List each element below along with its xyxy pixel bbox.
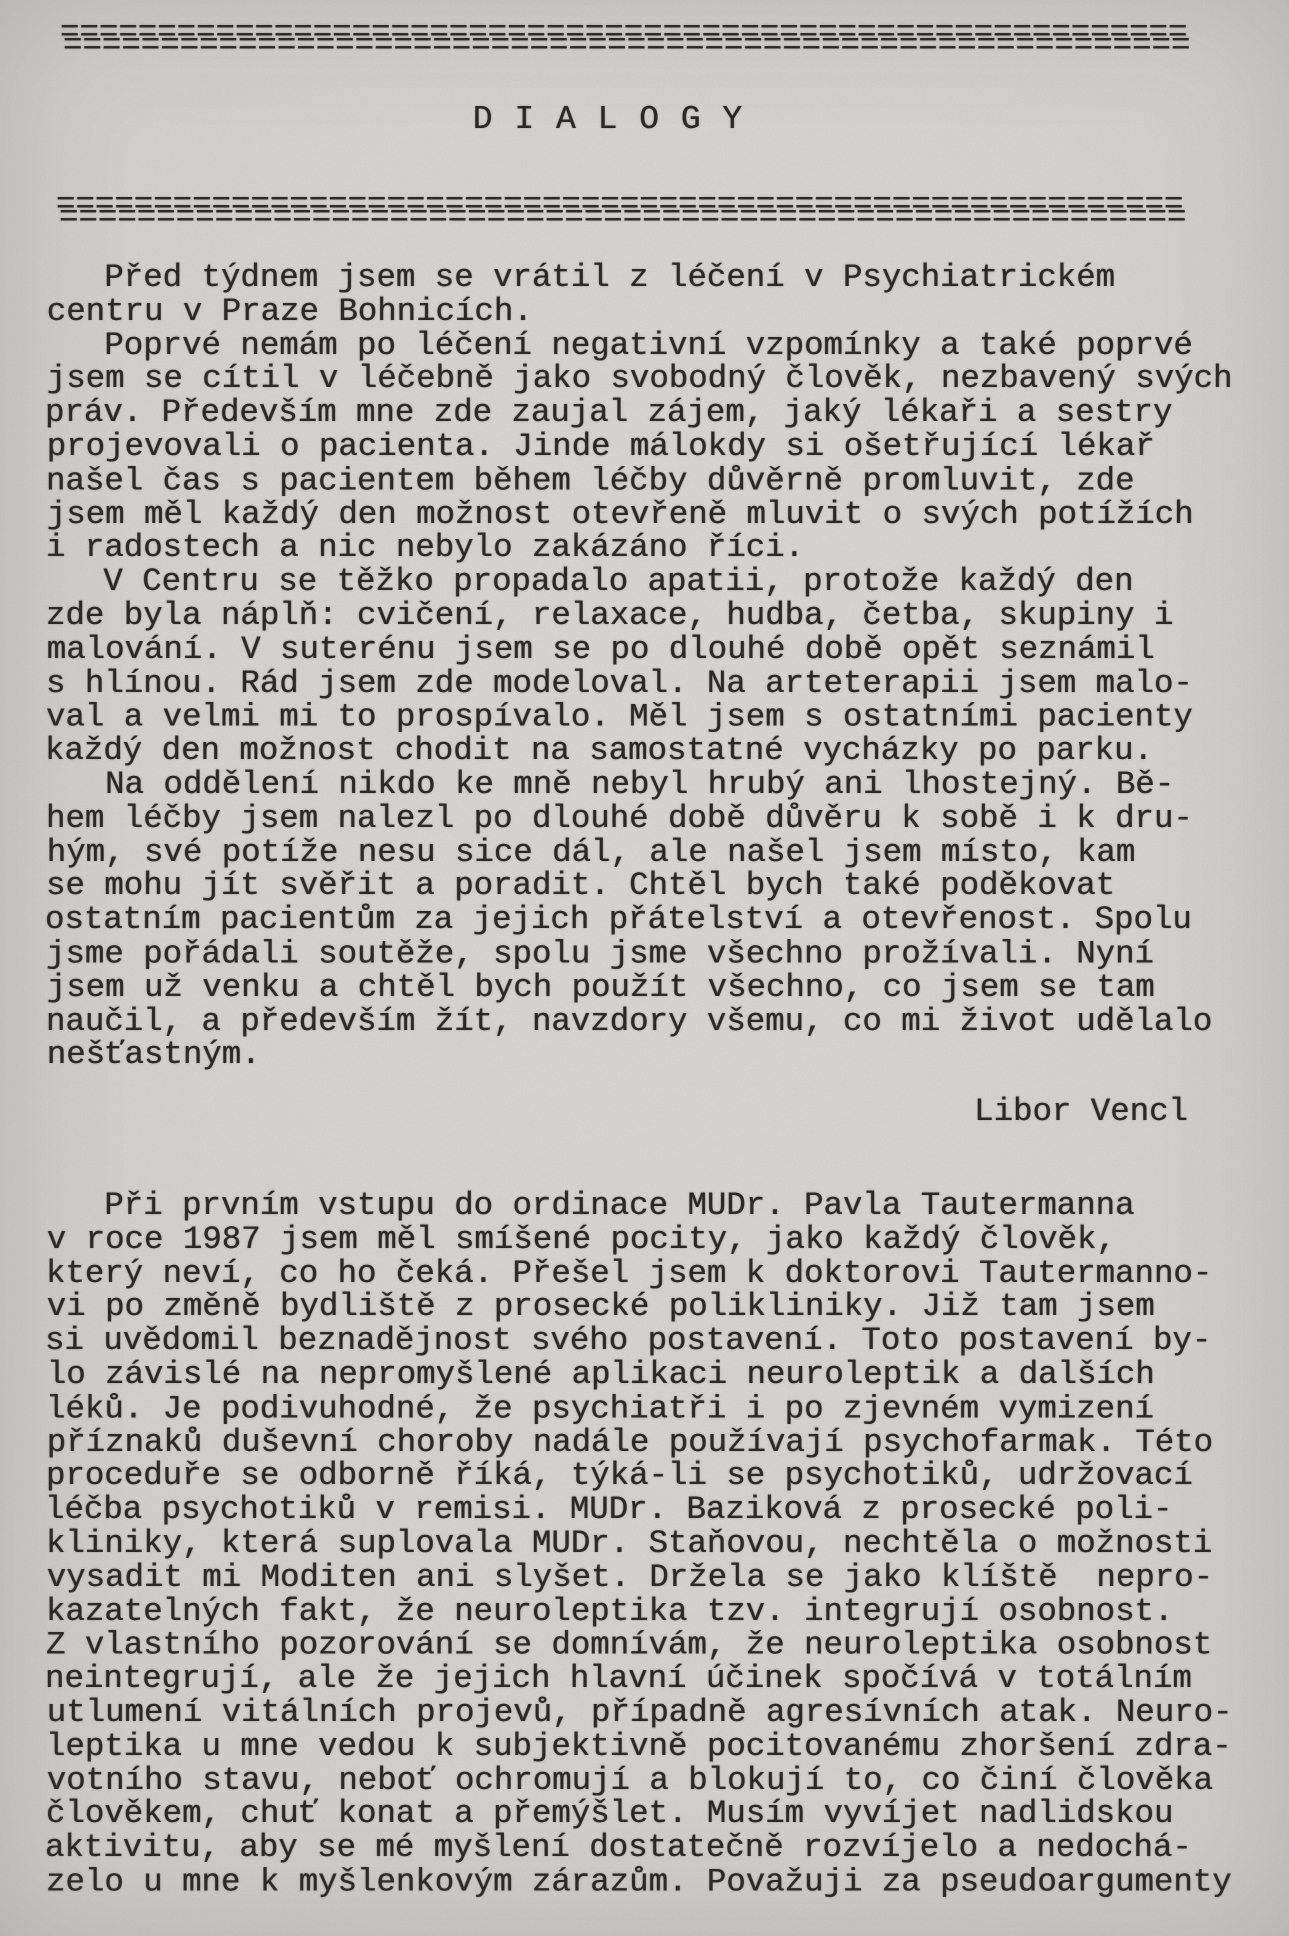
text-line: hým, své potíže nesu sice dál, ale našel… — [47, 836, 1233, 870]
text-line: Při prvním vstupu do ordinace MUDr. Pavl… — [46, 1189, 1232, 1223]
text-line: utlumení vitálních projevů, případně agr… — [47, 1696, 1233, 1730]
text-line: vysadit mi Moditen ani slyšet. Držela se… — [47, 1561, 1233, 1595]
text-line: který neví, co ho čeká. Přešel jsem k do… — [46, 1257, 1232, 1291]
text-line: léků. Je podivuhodné, že psychiatři i po… — [46, 1392, 1232, 1426]
text-line: příznaků duševní choroby nadále používaj… — [47, 1426, 1233, 1460]
text-line: každý den možnost chodit na samostatné v… — [45, 734, 1231, 768]
text-line: hem léčby jsem nalezl po dlouhé době dův… — [46, 802, 1232, 836]
text-line: aktivitu, aby se mé myšlení dostatečně r… — [45, 1831, 1231, 1865]
text-line: malování. V suterénu jsem se po dlouhé d… — [47, 633, 1233, 667]
text-line: jsme pořádali soutěže, spolu jsme všechn… — [46, 938, 1232, 972]
text-line: lo závislé na nepromyšlené aplikaci neur… — [47, 1358, 1233, 1392]
text-line: naučil, a především žít, navzdory všemu,… — [46, 1005, 1232, 1039]
text-line: práv. Především mne zde zaujal zájem, ja… — [45, 396, 1231, 430]
text-line: kliniky, která suplovala MUDr. Staňovou,… — [46, 1527, 1232, 1561]
text-line: jsem měl každý den možnost otevřeně mluv… — [47, 498, 1233, 532]
text-line: vi po změně bydliště z prosecké poliklin… — [47, 1290, 1233, 1324]
letter1-body: Před týdnem jsem se vrátil z léčení v Ps… — [46, 261, 1232, 1072]
text-line: s hlínou. Rád jsem zde modeloval. Na art… — [46, 667, 1232, 701]
text-line: proceduře se odborně říká, týká-li se ps… — [46, 1459, 1232, 1493]
text-line: si uvědomil beznadějnost svého postavení… — [45, 1324, 1231, 1358]
text-line: našel čas s pacientem během léčby důvěrn… — [46, 464, 1232, 498]
text-line: votního stavu, neboť ochromují a blokují… — [47, 1764, 1233, 1798]
text-line: kazatelných fakt, že neuroleptika tzv. i… — [46, 1595, 1232, 1629]
text-line: V Centru se těžko propadalo apatii, prot… — [45, 565, 1231, 599]
letter2-body: Při prvním vstupu do ordinace MUDr. Pavl… — [46, 1189, 1232, 1899]
divider-line: ========================================… — [63, 37, 1190, 55]
text-line: člověkem, chuť konat a přemýšlet. Musím … — [46, 1797, 1232, 1831]
letter1-signature: Libor Vencl — [46, 1095, 1188, 1129]
text-line: Před týdnem jsem se vrátil z léčení v Ps… — [46, 261, 1232, 295]
text-line: i radostech a nic nebylo zakázáno říci. — [46, 531, 1232, 565]
text-line: centru v Praze Bohnicích. — [47, 295, 1233, 329]
text-line: nešťastným. — [47, 1038, 1233, 1072]
text-line: Z vlastního pozorování se domnívám, že n… — [46, 1629, 1232, 1663]
scanned-letter-page: ========================================… — [0, 0, 1289, 1936]
text-line: ostatním pacientům za jejich přátelství … — [45, 903, 1231, 937]
text-line: se mohu jít svěřit a poradit. Chtěl bych… — [46, 869, 1232, 903]
text-line: Poprvé nemám po léčení negativní vzpomín… — [46, 329, 1232, 363]
text-line: leptika u mne vedou k subjektivně pocito… — [46, 1730, 1232, 1764]
text-line: léčba psychotiků v remisi. MUDr. Bazikov… — [45, 1493, 1231, 1527]
text-line: jsem se cítil v léčebně jako svobodný čl… — [47, 362, 1233, 396]
text-line: zde byla náplň: cvičení, relaxace, hudba… — [46, 599, 1232, 633]
text-line: projevovali o pacienta. Jinde málokdy si… — [47, 430, 1233, 464]
text-line: v roce 1987 jsem měl smíšené pocity, jak… — [47, 1223, 1233, 1257]
text-line: zelo u mne k myšlenkovým zárazům. Považu… — [46, 1866, 1232, 1900]
page-title: D I A L O G Y — [58, 100, 1158, 140]
text-line: neintegrují, ale že jejich hlavní účinek… — [45, 1662, 1231, 1696]
text-line: Na oddělení nikdo ke mně nebyl hrubý ani… — [47, 768, 1233, 802]
divider-line: ========================================… — [59, 209, 1186, 227]
text-line: jsem už venku a chtěl bych použít všechn… — [47, 971, 1233, 1005]
text-line: val a velmi mi to prospívalo. Měl jsem s… — [46, 701, 1232, 735]
